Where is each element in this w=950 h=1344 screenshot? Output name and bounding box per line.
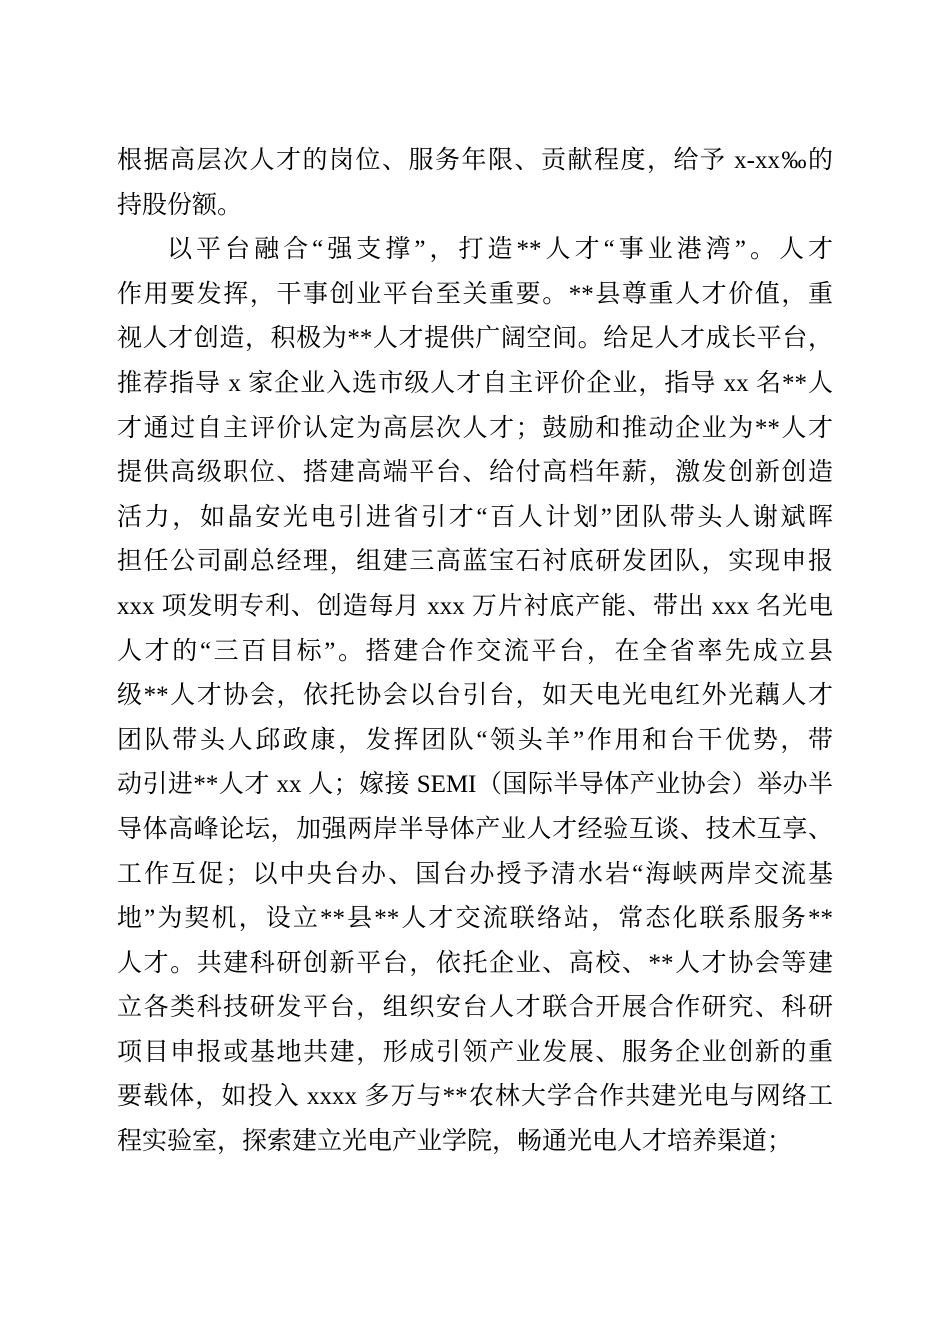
text-line: 人才。共建科研创新平台，依托企业、高校、**人才协会等建: [117, 942, 833, 987]
text-line: 立各类科技研发平台，组织安台人才联合开展合作研究、科研: [117, 986, 833, 1031]
text-line: 人才的“三百目标”。搭建合作交流平台，在全省率先成立县: [117, 630, 833, 675]
text-line: 程实验室，探索建立光电产业学院，畅通光电人才培养渠道；: [117, 1120, 833, 1165]
text-line: 作用要发挥，干事创业平台至关重要。**县尊重人才价值，重: [117, 273, 833, 318]
document-body: 根据高层次人才的岗位、服务年限、贡献程度，给予 x-xx‰的持股份额。以平台融合…: [117, 139, 833, 1165]
text-line: 视人才创造，积极为**人才提供广阔空间。给足人才成长平台，: [117, 317, 833, 362]
text-line: 根据高层次人才的岗位、服务年限、贡献程度，给予 x-xx‰的: [117, 139, 833, 184]
text-line: 地”为契机，设立**县**人才交流联络站，常态化联系服务**: [117, 897, 833, 942]
text-line: 活力，如晶安光电引进省引才“百人计划”团队带头人谢斌晖: [117, 496, 833, 541]
text-line: 持股份额。: [117, 184, 833, 229]
document-page: 根据高层次人才的岗位、服务年限、贡献程度，给予 x-xx‰的持股份额。以平台融合…: [0, 0, 950, 1344]
text-line: 导体高峰论坛，加强两岸半导体产业人才经验互谈、技术互享、: [117, 808, 833, 853]
text-line: 才通过自主评价认定为高层次人才；鼓励和推动企业为**人才: [117, 407, 833, 452]
text-line: 担任公司副总经理，组建三高蓝宝石衬底研发团队，实现申报: [117, 540, 833, 585]
text-line: 推荐指导 x 家企业入选市级人才自主评价企业，指导 xx 名**人: [117, 362, 833, 407]
text-line: 以平台融合“强支撑”，打造**人才“事业港湾”。人才: [117, 228, 833, 273]
text-line: 项目申报或基地共建，形成引领产业发展、服务企业创新的重: [117, 1031, 833, 1076]
text-line: xxx 项发明专利、创造每月 xxx 万片衬底产能、带出 xxx 名光电: [117, 585, 833, 630]
text-line: 级**人才协会，依托协会以台引台，如天电光电红外光藕人才: [117, 674, 833, 719]
text-line: 工作互促；以中央台办、国台办授予清水岩“海峡两岸交流基: [117, 853, 833, 898]
text-line: 提供高级职位、搭建高端平台、给付高档年薪，激发创新创造: [117, 451, 833, 496]
text-line: 动引进**人才 xx 人；嫁接 SEMI（国际半导体产业协会）举办半: [117, 763, 833, 808]
text-line: 要载体，如投入 xxxx 多万与**农林大学合作共建光电与网络工: [117, 1075, 833, 1120]
text-line: 团队带头人邱政康，发挥团队“领头羊”作用和台干优势，带: [117, 719, 833, 764]
